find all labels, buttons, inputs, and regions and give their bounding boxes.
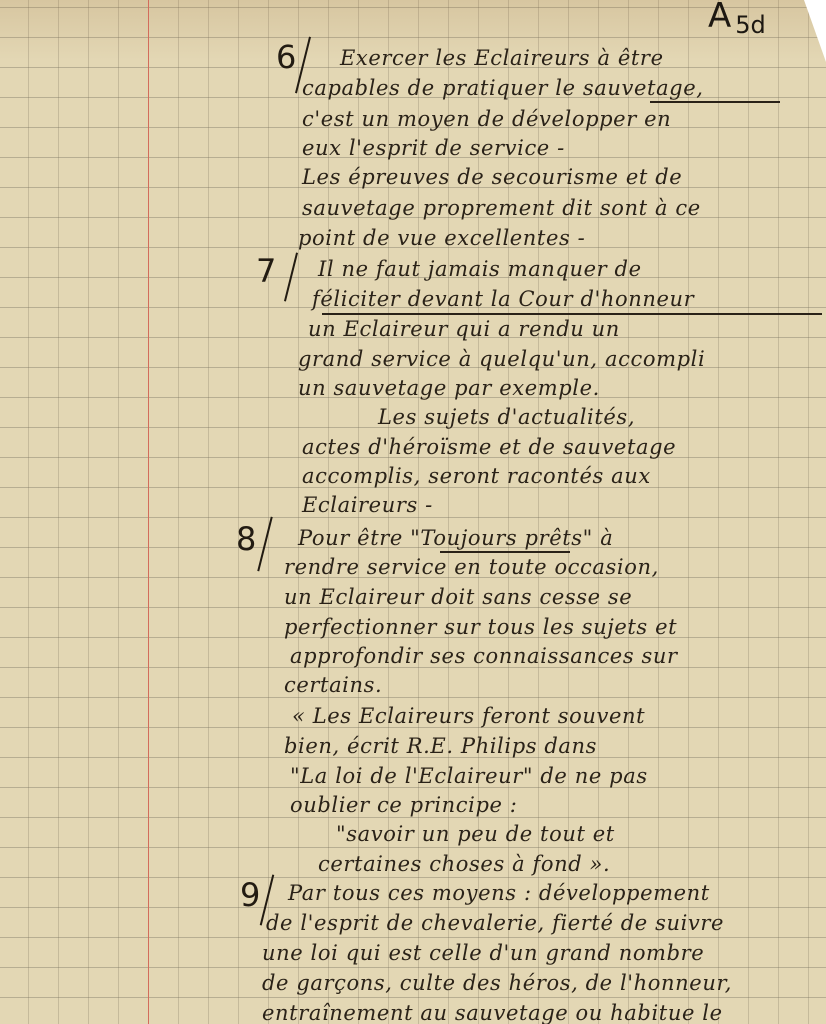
text-line: Pour être "Toujours prêts" à <box>298 526 613 550</box>
section-number: 6 <box>276 38 296 76</box>
text-line: de l'esprit de chevalerie, fierté de sui… <box>266 911 724 935</box>
text-line: un Eclaireur qui a rendu un <box>308 317 620 341</box>
text-line: bien, écrit R.E. Philips dans <box>284 734 597 758</box>
text-line: actes d'héroïsme et de sauvetage <box>302 435 676 459</box>
text-line: rendre service en toute occasion, <box>284 555 659 579</box>
section-number: 7 <box>256 252 276 290</box>
text-line: oublier ce principe : <box>290 793 517 817</box>
underline <box>650 101 780 103</box>
section-number: 8 <box>236 520 256 558</box>
text-line: grand service à quelqu'un, accompli <box>298 347 705 371</box>
section-slash <box>257 517 272 572</box>
underline <box>440 551 570 553</box>
section-slash <box>284 253 298 302</box>
text-line: capables de pratiquer le sauvetage, <box>302 76 704 100</box>
page-reference-letter: A <box>708 0 731 36</box>
text-line: eux l'esprit de service - <box>302 136 565 160</box>
text-line: Les épreuves de secourisme et de <box>302 165 682 189</box>
text-line: "savoir un peu de tout et <box>336 822 615 846</box>
torn-page-corner <box>804 0 826 62</box>
text-line: un Eclaireur doit sans cesse se <box>284 585 632 609</box>
text-line: une loi qui est celle d'un grand nombre <box>262 941 704 965</box>
section-number: 9 <box>240 876 260 914</box>
text-line: accomplis, seront racontés aux <box>302 464 651 488</box>
text-line: c'est un moyen de développer en <box>302 107 671 131</box>
underline <box>322 313 822 315</box>
text-line: approfondir ses connaissances sur <box>290 644 678 668</box>
text-line: certains. <box>284 673 382 697</box>
notebook-margin-line <box>148 0 149 1024</box>
page-reference: A5d <box>708 0 766 39</box>
text-line: point de vue excellentes - <box>298 226 585 250</box>
text-line: Les sujets d'actualités, <box>378 405 635 429</box>
text-line: entraînement au sauvetage ou habitue le <box>262 1001 723 1024</box>
text-line: de garçons, culte des héros, de l'honneu… <box>262 971 732 995</box>
text-line: Il ne faut jamais manquer de <box>318 257 642 281</box>
text-line: un sauvetage par exemple. <box>298 376 600 400</box>
text-line: perfectionner sur tous les sujets et <box>284 615 677 639</box>
text-line: Par tous ces moyens : développement <box>288 881 710 905</box>
text-line: certaines choses à fond ». <box>318 852 610 876</box>
page-reference-number: 5d <box>735 11 766 39</box>
text-line: sauvetage proprement dit sont à ce <box>302 196 701 220</box>
text-line: "La loi de l'Eclaireur" de ne pas <box>290 764 648 788</box>
text-line: Eclaireurs - <box>302 493 433 517</box>
text-line: « Les Eclaireurs feront souvent <box>292 704 645 728</box>
text-line: féliciter devant la Cour d'honneur <box>312 287 694 311</box>
text-line: Exercer les Eclaireurs à être <box>340 46 664 70</box>
